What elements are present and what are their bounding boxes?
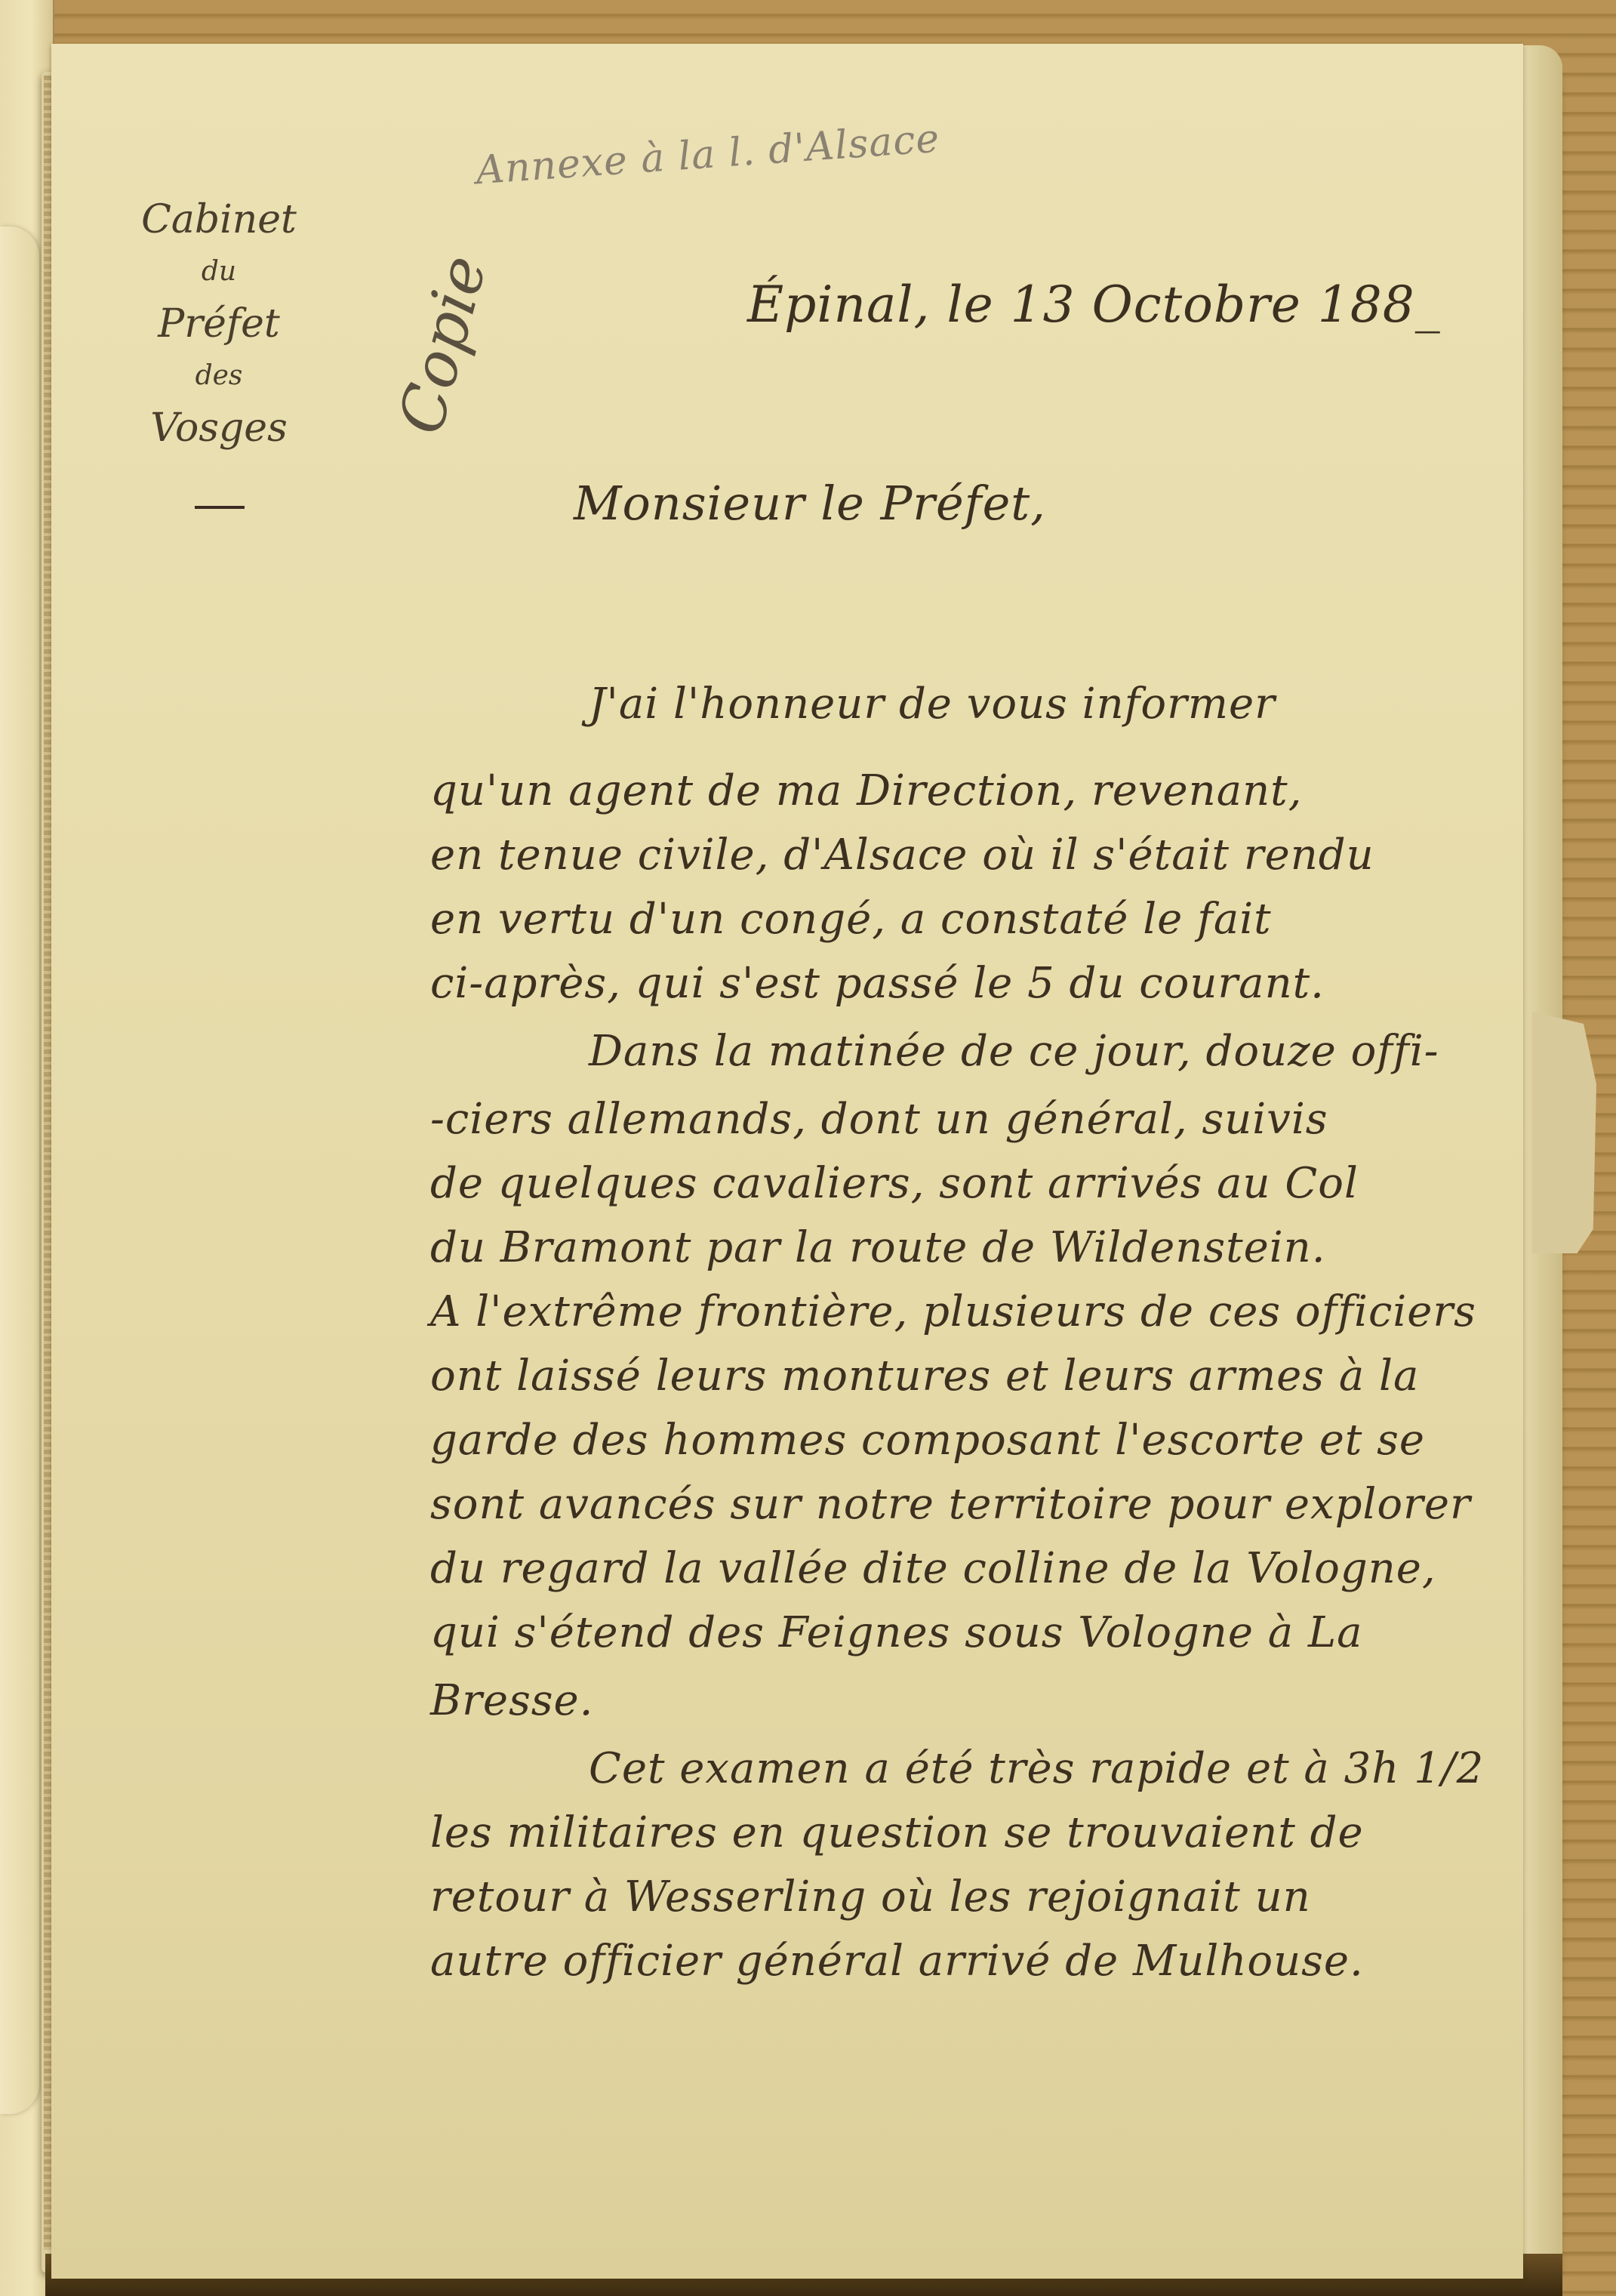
body-line: en tenue civile, d'Alsace où il s'était … xyxy=(430,831,1374,880)
torn-paper-flap xyxy=(1532,1012,1596,1253)
body-line: qui s'étend des Feignes sous Vologne à L… xyxy=(430,1608,1363,1657)
margin-line: Cabinet xyxy=(106,189,332,251)
margin-line: Préfet xyxy=(106,293,332,355)
body-line: de quelques cavaliers, sont arrivés au C… xyxy=(430,1159,1359,1208)
body-line: ci-après, qui s'est passé le 5 du couran… xyxy=(430,959,1325,1008)
body-line: A l'extrême frontière, plusieurs de ces … xyxy=(430,1287,1476,1336)
body-line: Bresse. xyxy=(430,1676,593,1725)
body-line: sont avancés sur notre territoire pour e… xyxy=(430,1480,1471,1529)
body-line: autre officier général arrivé de Mulhous… xyxy=(430,1937,1364,1986)
salutation: Monsieur le Préfet, xyxy=(574,476,1046,531)
body-line: Dans la matinée de ce jour, douze offi- xyxy=(589,1027,1439,1076)
body-line: en vertu d'un congé, a constaté le fait xyxy=(430,895,1272,944)
margin-heading: Cabinet du Préfet des Vosges xyxy=(106,189,332,459)
body-line: les militaires en question se trouvaient… xyxy=(430,1808,1364,1857)
body-line: -ciers allemands, dont un général, suivi… xyxy=(430,1095,1328,1144)
margin-divider xyxy=(195,506,245,509)
body-line: garde des hommes composant l'escorte et … xyxy=(430,1416,1425,1465)
body-line: du regard la vallée dite colline de la V… xyxy=(430,1544,1436,1593)
body-line: du Bramont par la route de Wildenstein. xyxy=(430,1223,1326,1272)
body-line: J'ai l'honneur de vous informer xyxy=(589,680,1276,729)
margin-line: des xyxy=(106,355,332,397)
margin-line: Vosges xyxy=(106,397,332,459)
body-line: Cet examen a été très rapide et à 3h 1/2 xyxy=(589,1744,1484,1793)
body-line: ont laissé leurs montures et leurs armes… xyxy=(430,1351,1419,1401)
body-line: qu'un agent de ma Direction, revenant, xyxy=(430,766,1302,815)
margin-line: du xyxy=(106,251,332,293)
place-date: Épinal, le 13 Octobre 188_ xyxy=(747,276,1441,334)
curled-page xyxy=(0,227,39,2114)
body-line: retour à Wesserling où les rejoignait un xyxy=(430,1872,1311,1922)
